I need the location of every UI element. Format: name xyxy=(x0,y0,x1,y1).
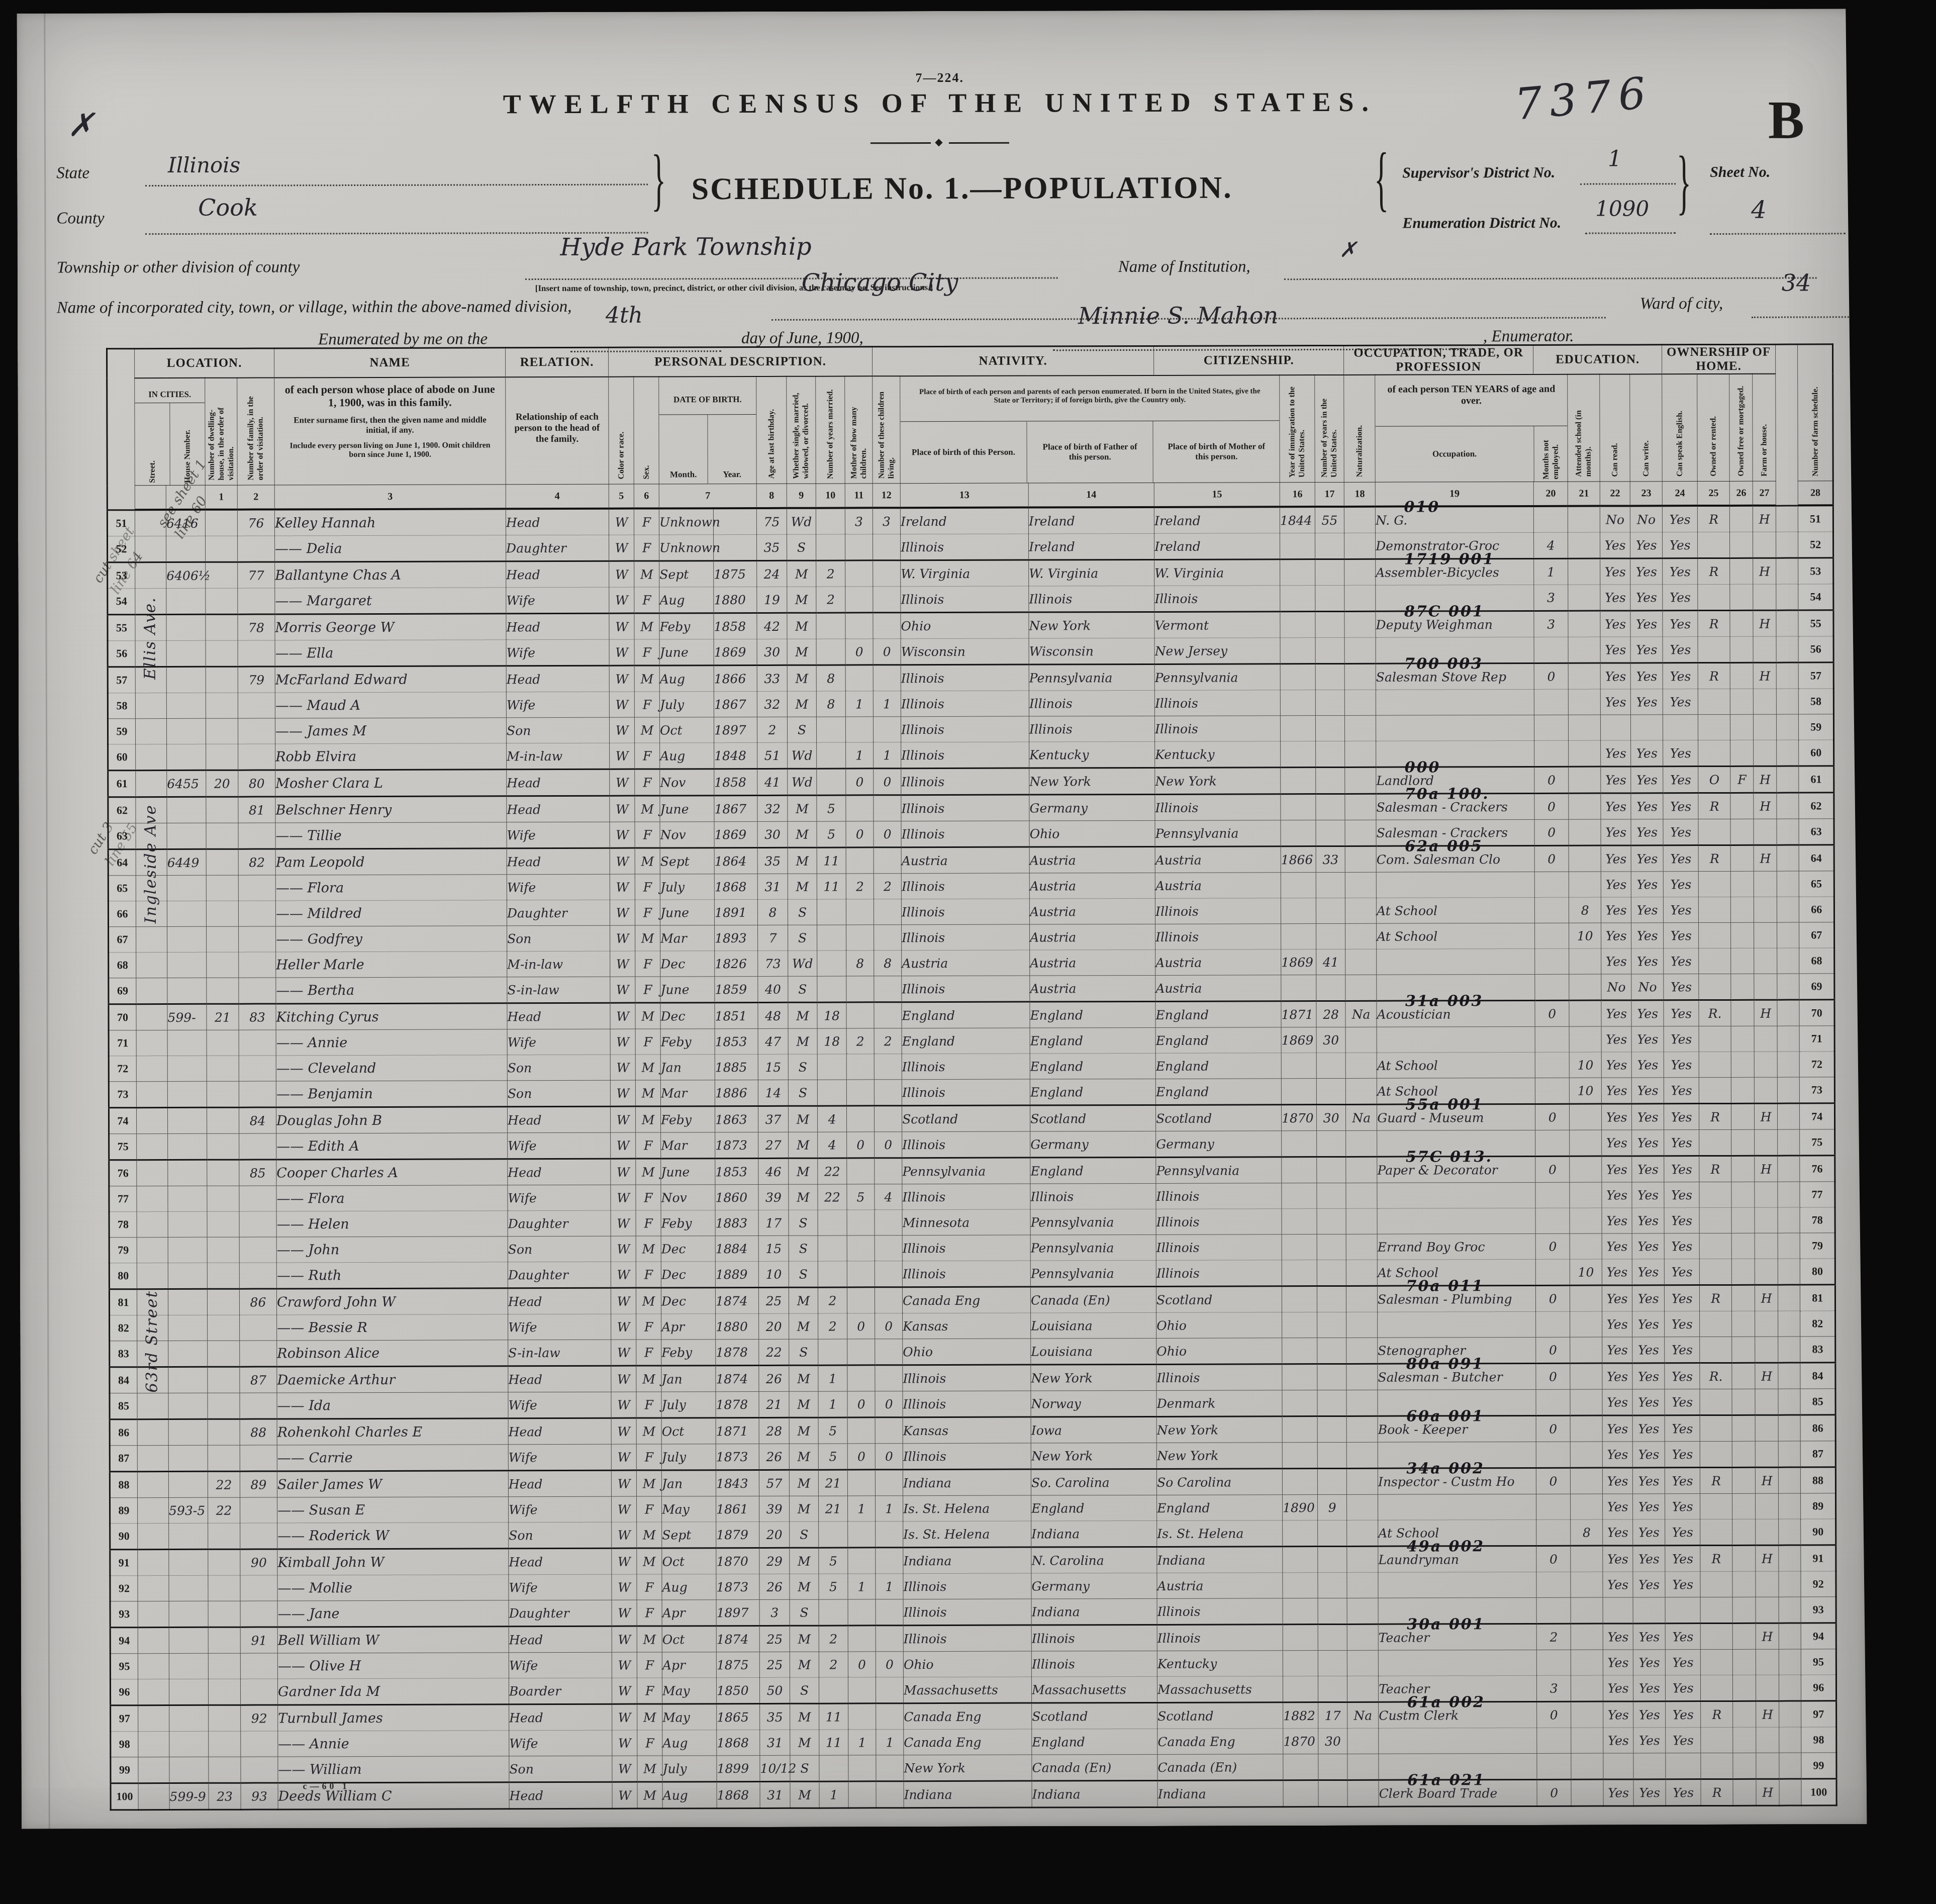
r57-nat xyxy=(1344,663,1376,690)
r82-yus xyxy=(1317,1312,1346,1338)
r57-hn xyxy=(166,667,206,693)
r60-age: 51 xyxy=(757,742,788,769)
r51-bmo: Unknown xyxy=(659,508,713,535)
r97-chl xyxy=(876,1703,904,1730)
r54-chl xyxy=(873,587,901,613)
person-row-56: 56—— EllaWifeWFJune186930M00WisconsinWis… xyxy=(108,636,1833,667)
r87-fh xyxy=(1755,1441,1778,1467)
r51-line-number: 51 xyxy=(107,510,135,536)
r96-line-number: 96 xyxy=(1801,1675,1836,1701)
r80-ofm xyxy=(1731,1259,1755,1285)
section-relation: RELATION. xyxy=(506,347,609,377)
r71-sex: F xyxy=(635,1029,660,1055)
r60-line-number: 60 xyxy=(108,744,136,771)
r82-nat xyxy=(1346,1312,1378,1338)
r96-yrm xyxy=(819,1677,848,1703)
r66-fam xyxy=(238,901,275,926)
r61-name: Mosher Clara L xyxy=(275,770,507,797)
r96-pob: Massachusetts xyxy=(904,1677,1032,1703)
r64-rd: Yes xyxy=(1601,845,1631,872)
r92-chl: 1 xyxy=(876,1574,903,1599)
col-head-children-living: Number of these children living. xyxy=(873,376,901,484)
r68-pf: Austria xyxy=(1030,949,1155,976)
r66-sch: 8 xyxy=(1569,897,1601,923)
r92-mne xyxy=(1536,1572,1571,1597)
r63-age: 30 xyxy=(757,821,788,847)
r59-race: W xyxy=(609,717,634,743)
colnum-16: 16 xyxy=(1280,483,1315,507)
r59-fam xyxy=(238,718,275,744)
r70-mar: M xyxy=(788,1002,817,1028)
r81-imm xyxy=(1282,1286,1317,1312)
r68-en: Yes xyxy=(1664,948,1699,974)
r60-mch: 1 xyxy=(846,742,874,769)
r92-yrm: 5 xyxy=(819,1574,848,1599)
r90-bmo: Sept xyxy=(662,1522,716,1548)
r65-chl: 2 xyxy=(874,874,901,899)
r75-line-number: 75 xyxy=(1800,1129,1835,1156)
r54-fh xyxy=(1753,584,1776,610)
r62-street xyxy=(136,797,167,823)
r80-imm xyxy=(1282,1260,1317,1286)
enumerated-mid: day of June, 1900, xyxy=(741,329,863,348)
r77-sch xyxy=(1570,1182,1602,1208)
r96-nat xyxy=(1347,1676,1379,1702)
r71-sch xyxy=(1569,1026,1601,1052)
r78-pf: Pennsylvania xyxy=(1030,1209,1156,1235)
r68-fh xyxy=(1754,948,1777,974)
r99-rd xyxy=(1603,1753,1633,1779)
r61-bmo: Nov xyxy=(660,769,714,796)
r94-ofm xyxy=(1732,1623,1756,1649)
r82-hn xyxy=(168,1315,208,1341)
r100-wr: Yes xyxy=(1633,1779,1666,1806)
district-close-brace: } xyxy=(1677,141,1691,224)
r87-wr: Yes xyxy=(1632,1442,1665,1468)
r98-mch: 1 xyxy=(848,1730,876,1755)
r91-name: Kimball John W xyxy=(277,1549,509,1575)
r62-own: R xyxy=(1698,793,1730,819)
r65-sch xyxy=(1569,872,1601,897)
r66-wr: Yes xyxy=(1631,897,1664,923)
r59-line-number: 59 xyxy=(1799,714,1834,740)
r78-rd: Yes xyxy=(1602,1208,1632,1233)
r84-sex: M xyxy=(636,1366,661,1392)
r69-en: Yes xyxy=(1664,974,1699,1000)
r51-occupation-code: 010 xyxy=(1404,500,1440,515)
r84-occupation-code: 80a 091 xyxy=(1406,1357,1484,1372)
r79-ofm xyxy=(1731,1233,1755,1259)
r70-en: Yes xyxy=(1664,1000,1699,1026)
r78-occupation xyxy=(1377,1208,1535,1234)
r81-own: R xyxy=(1700,1285,1732,1311)
r91-sch xyxy=(1571,1546,1603,1572)
r97-mne: 0 xyxy=(1537,1701,1571,1728)
colnum-5: 5 xyxy=(609,484,634,509)
r76-hn xyxy=(168,1160,207,1186)
r58-rd: Yes xyxy=(1600,689,1630,715)
r53-mar: M xyxy=(787,560,816,587)
r80-sch: 10 xyxy=(1570,1259,1602,1285)
r84-wr: Yes xyxy=(1632,1363,1665,1389)
r53-fam: 77 xyxy=(238,562,275,588)
r97-nat: Na xyxy=(1347,1702,1379,1728)
r66-dw xyxy=(206,901,238,926)
r96-mar: S xyxy=(790,1677,819,1703)
r93-pm: Illinois xyxy=(1157,1598,1283,1625)
r72-pf: England xyxy=(1030,1053,1155,1079)
r97-dw xyxy=(209,1705,241,1731)
r57-own: R xyxy=(1698,662,1730,689)
r96-hn xyxy=(169,1679,208,1705)
r72-line-number: 72 xyxy=(109,1056,136,1082)
r100-chl xyxy=(876,1781,904,1808)
r63-hn xyxy=(167,823,206,849)
r66-race: W xyxy=(610,900,635,925)
r66-line-number: 66 xyxy=(1799,897,1834,922)
r95-nfs xyxy=(1779,1649,1801,1675)
r67-name: —— Godfrey xyxy=(276,926,507,952)
r94-chl xyxy=(876,1626,903,1652)
r74-name: Douglas John B xyxy=(276,1107,508,1133)
r75-street xyxy=(137,1134,168,1160)
r66-mar: S xyxy=(788,899,817,925)
r73-name: —— Benjamin xyxy=(276,1081,507,1107)
r100-rel: Head xyxy=(509,1782,612,1809)
r98-rel: Wife xyxy=(509,1730,612,1756)
r61-yrm xyxy=(817,769,846,795)
r67-wr: Yes xyxy=(1631,923,1664,948)
r65-occupation xyxy=(1376,872,1534,898)
r70-byr: 1851 xyxy=(715,1002,758,1028)
r68-chl: 8 xyxy=(874,950,902,976)
r87-mar: M xyxy=(789,1444,818,1470)
r52-dw xyxy=(206,536,238,562)
col-head-pob-person: Place of birth of this Person. xyxy=(900,422,1027,484)
r89-nat xyxy=(1347,1494,1378,1520)
col-head-immigration-year: Year of immigration to the United States… xyxy=(1280,375,1315,483)
r98-pob: Canada Eng xyxy=(904,1729,1032,1755)
r99-pf: Canada (En) xyxy=(1032,1754,1157,1781)
r64-line-number: 64 xyxy=(108,849,136,876)
r51-name: Kelley Hannah xyxy=(274,509,506,536)
r68-sex: F xyxy=(635,951,660,977)
r92-race: W xyxy=(612,1574,637,1600)
r99-mne xyxy=(1537,1753,1571,1779)
r88-mar: M xyxy=(789,1470,818,1496)
r77-byr: 1860 xyxy=(715,1184,758,1210)
r56-street xyxy=(135,641,166,667)
r94-mne: 2 xyxy=(1536,1624,1571,1650)
r60-rd: Yes xyxy=(1601,740,1631,767)
r90-mar: S xyxy=(790,1521,819,1548)
r60-rel: M-in-law xyxy=(507,743,610,770)
r83-ofm xyxy=(1732,1337,1755,1363)
r93-chl xyxy=(876,1599,903,1626)
r91-yus xyxy=(1318,1546,1347,1572)
r66-mch xyxy=(846,899,874,925)
r87-sch xyxy=(1570,1442,1602,1468)
r73-mch xyxy=(846,1080,874,1106)
r51-yrm xyxy=(816,508,845,535)
r57-mch xyxy=(845,665,873,691)
r70-pm: England xyxy=(1155,1001,1281,1028)
r59-age: 2 xyxy=(757,717,787,742)
colnum-22: 22 xyxy=(1600,482,1630,506)
r82-dw xyxy=(208,1315,240,1341)
r67-nfs xyxy=(1777,922,1799,948)
r77-mar: M xyxy=(789,1184,818,1210)
r91-occupation-code: 49a 002 xyxy=(1407,1539,1485,1554)
r72-mar: S xyxy=(788,1054,817,1080)
r83-mar: S xyxy=(789,1339,818,1365)
r89-sch xyxy=(1571,1494,1603,1519)
person-row-100: 100599-92393Deeds William CHeadWMAug1868… xyxy=(111,1779,1836,1810)
r95-pm: Kentucky xyxy=(1157,1651,1283,1677)
r88-own: R xyxy=(1700,1467,1732,1493)
r70-sch xyxy=(1569,1000,1601,1026)
r86-byr: 1871 xyxy=(716,1417,759,1444)
r66-own xyxy=(1699,897,1731,922)
r79-pm: Illinois xyxy=(1156,1234,1282,1261)
r76-dw xyxy=(207,1160,239,1186)
r72-fam xyxy=(239,1056,276,1081)
col-head-pob-father: Place of birth of Father of this person. xyxy=(1027,421,1153,483)
r56-en: Yes xyxy=(1663,637,1698,663)
r54-name: —— Margaret xyxy=(275,588,506,614)
r96-imm xyxy=(1283,1676,1318,1702)
r64-yrm: 11 xyxy=(817,847,846,874)
person-row-67: 67—— GodfreySonWMMar18937SIllinoisAustri… xyxy=(109,922,1834,953)
r98-yus: 30 xyxy=(1318,1728,1347,1754)
r83-name: Robinson Alice xyxy=(277,1340,508,1367)
r99-bmo: July xyxy=(662,1756,717,1782)
r88-name: Sailer James W xyxy=(277,1471,508,1497)
r55-own: R xyxy=(1698,610,1730,636)
r54-pf: Illinois xyxy=(1029,586,1154,612)
r57-wr: Yes xyxy=(1630,663,1663,689)
r59-byr: 1897 xyxy=(714,717,757,742)
r89-ofm xyxy=(1732,1493,1756,1519)
institution-rule xyxy=(1284,277,1817,280)
r90-ofm xyxy=(1732,1519,1756,1545)
r84-yus xyxy=(1317,1364,1346,1390)
r85-pm: Denmark xyxy=(1156,1390,1282,1417)
person-row-66: 66—— MildredDaughterWFJune18918SIllinois… xyxy=(108,897,1834,927)
r92-sch xyxy=(1571,1572,1603,1597)
r70-dw: 21 xyxy=(207,1004,239,1030)
r66-occupation: At School xyxy=(1376,897,1534,923)
r90-sex: M xyxy=(637,1522,662,1548)
r76-pm: Pennsylvania xyxy=(1156,1157,1282,1184)
r63-yrm: 5 xyxy=(817,821,846,847)
r79-byr: 1884 xyxy=(715,1235,758,1261)
r67-rel: Son xyxy=(507,925,610,951)
r84-line-number: 84 xyxy=(1800,1363,1835,1389)
r91-pm: Indiana xyxy=(1157,1547,1283,1573)
r94-en: Yes xyxy=(1665,1624,1700,1650)
r58-own xyxy=(1698,689,1730,714)
r79-fam xyxy=(239,1237,276,1263)
r100-sch xyxy=(1571,1779,1603,1806)
r84-street xyxy=(137,1367,168,1393)
r80-fh xyxy=(1755,1259,1778,1285)
r85-fam xyxy=(240,1393,277,1419)
r93-mar: S xyxy=(790,1599,819,1626)
r57-name: McFarland Edward xyxy=(275,666,506,693)
r99-street xyxy=(138,1757,169,1783)
r55-wr: Yes xyxy=(1630,611,1663,637)
r58-nat xyxy=(1344,690,1376,715)
colnum-18: 18 xyxy=(1344,482,1375,507)
r100-nat xyxy=(1347,1780,1379,1806)
r77-race: W xyxy=(611,1185,636,1210)
colnum-10: 10 xyxy=(816,484,845,508)
r79-line-number: 79 xyxy=(109,1237,137,1263)
r66-street xyxy=(136,901,167,927)
r70-fh: H xyxy=(1754,1000,1777,1026)
r100-bmo: Aug xyxy=(662,1782,717,1808)
r91-ofm xyxy=(1732,1545,1756,1571)
r58-wr: Yes xyxy=(1630,689,1663,715)
r66-byr: 1891 xyxy=(714,899,757,925)
r56-pob: Wisconsin xyxy=(901,638,1029,665)
r100-fam: 93 xyxy=(241,1783,278,1810)
r89-name: —— Susan E xyxy=(277,1497,509,1523)
r60-yrm xyxy=(817,742,846,769)
r76-en: Yes xyxy=(1664,1156,1699,1182)
r97-rd: Yes xyxy=(1603,1701,1633,1728)
r85-ofm xyxy=(1732,1389,1755,1415)
r72-sch: 10 xyxy=(1569,1052,1601,1078)
r61-occupation-code: 000 xyxy=(1405,760,1441,775)
r82-name: —— Bessie R xyxy=(277,1314,508,1341)
r86-pm: New York xyxy=(1156,1416,1282,1443)
person-row-74: 7484Douglas John BHeadWMFeby186337M4Scot… xyxy=(109,1103,1834,1134)
r57-mar: M xyxy=(787,665,816,691)
r95-byr: 1875 xyxy=(716,1652,759,1677)
institution-label: Name of Institution, xyxy=(1118,257,1250,276)
r65-street xyxy=(136,876,167,901)
r79-mch xyxy=(847,1235,875,1261)
r57-ofm xyxy=(1730,662,1753,689)
r84-pf: New York xyxy=(1031,1364,1156,1391)
r91-yrm: 5 xyxy=(819,1548,848,1574)
r88-line-number: 88 xyxy=(1801,1467,1836,1493)
r53-rel: Head xyxy=(506,561,609,588)
r74-sex: M xyxy=(636,1106,661,1132)
r99-fam xyxy=(241,1757,278,1783)
r87-sex: F xyxy=(636,1444,661,1470)
r55-race: W xyxy=(609,613,634,639)
r67-line-number: 67 xyxy=(109,927,136,953)
r68-pob: Austria xyxy=(902,950,1030,976)
r82-own xyxy=(1700,1311,1732,1337)
r65-yus xyxy=(1316,872,1345,898)
r100-rd: Yes xyxy=(1603,1779,1633,1806)
r95-nat xyxy=(1347,1650,1378,1676)
r76-rel: Head xyxy=(508,1159,611,1185)
r59-street xyxy=(135,719,166,744)
r95-race: W xyxy=(612,1652,637,1678)
r82-sex: F xyxy=(636,1314,661,1340)
r70-imm: 1871 xyxy=(1281,1001,1316,1027)
r62-imm xyxy=(1281,794,1316,820)
r84-imm xyxy=(1282,1364,1317,1390)
r80-yus xyxy=(1317,1260,1346,1286)
r83-rd: Yes xyxy=(1602,1337,1632,1363)
r54-fam xyxy=(238,588,275,614)
r97-line-number: 97 xyxy=(1801,1701,1836,1727)
r94-rd: Yes xyxy=(1603,1624,1633,1650)
r51-mne xyxy=(1533,506,1568,533)
r75-own xyxy=(1699,1129,1731,1156)
r60-own xyxy=(1698,740,1730,766)
r96-rel: Boarder xyxy=(509,1678,612,1704)
r70-own: R. xyxy=(1699,1000,1731,1026)
sheet-rule xyxy=(1710,233,1846,235)
r91-hn xyxy=(169,1549,208,1575)
r98-street xyxy=(138,1732,169,1757)
r86-sch xyxy=(1570,1415,1602,1442)
r82-nfs xyxy=(1778,1311,1800,1337)
r68-occupation xyxy=(1377,948,1535,975)
r53-hn: 6406½ xyxy=(166,562,206,588)
r81-mne: 0 xyxy=(1536,1285,1570,1311)
r64-pm: Austria xyxy=(1155,846,1281,873)
r52-fam xyxy=(238,536,275,562)
person-row-80: 80—— RuthDaughterWFDec188910SIllinoisPen… xyxy=(109,1259,1835,1289)
r98-fam xyxy=(241,1731,278,1757)
r79-race: W xyxy=(611,1236,636,1262)
r57-yus xyxy=(1315,663,1344,690)
supervisor-district-label: Supervisor's District No. xyxy=(1402,164,1555,182)
r52-imm xyxy=(1280,533,1315,559)
r64-sch xyxy=(1569,845,1601,872)
r63-pob: Illinois xyxy=(901,821,1029,847)
r58-fh xyxy=(1753,689,1776,714)
r64-mne: 0 xyxy=(1534,845,1569,872)
r81-yrm: 2 xyxy=(818,1287,847,1313)
r76-chl xyxy=(875,1158,902,1184)
sheet-label: Sheet No. xyxy=(1710,164,1770,181)
r52-age: 35 xyxy=(757,534,787,560)
r71-line-number: 71 xyxy=(109,1030,136,1056)
r71-wr: Yes xyxy=(1631,1026,1664,1052)
r61-own: O xyxy=(1698,766,1730,793)
r94-own xyxy=(1700,1623,1732,1649)
r62-ofm xyxy=(1730,793,1754,819)
r99-fh xyxy=(1756,1753,1779,1779)
r91-street xyxy=(138,1550,169,1576)
r75-hn xyxy=(168,1133,207,1160)
r83-rel: S-in-law xyxy=(508,1340,611,1366)
r72-nat xyxy=(1345,1053,1377,1078)
r83-wr: Yes xyxy=(1632,1337,1665,1363)
section-education: EDUCATION. xyxy=(1533,345,1662,374)
r82-chl: 0 xyxy=(875,1313,903,1339)
r89-bmo: May xyxy=(662,1496,716,1522)
r55-sch xyxy=(1568,611,1600,637)
r90-own xyxy=(1700,1519,1732,1545)
r100-dw: 23 xyxy=(209,1783,241,1810)
r64-sex: M xyxy=(635,848,660,874)
r64-rel: Head xyxy=(507,848,610,875)
r76-line-number: 76 xyxy=(1800,1156,1835,1182)
colnum-house xyxy=(166,485,205,510)
r97-mar: M xyxy=(790,1703,819,1730)
r60-ofm xyxy=(1730,740,1754,766)
